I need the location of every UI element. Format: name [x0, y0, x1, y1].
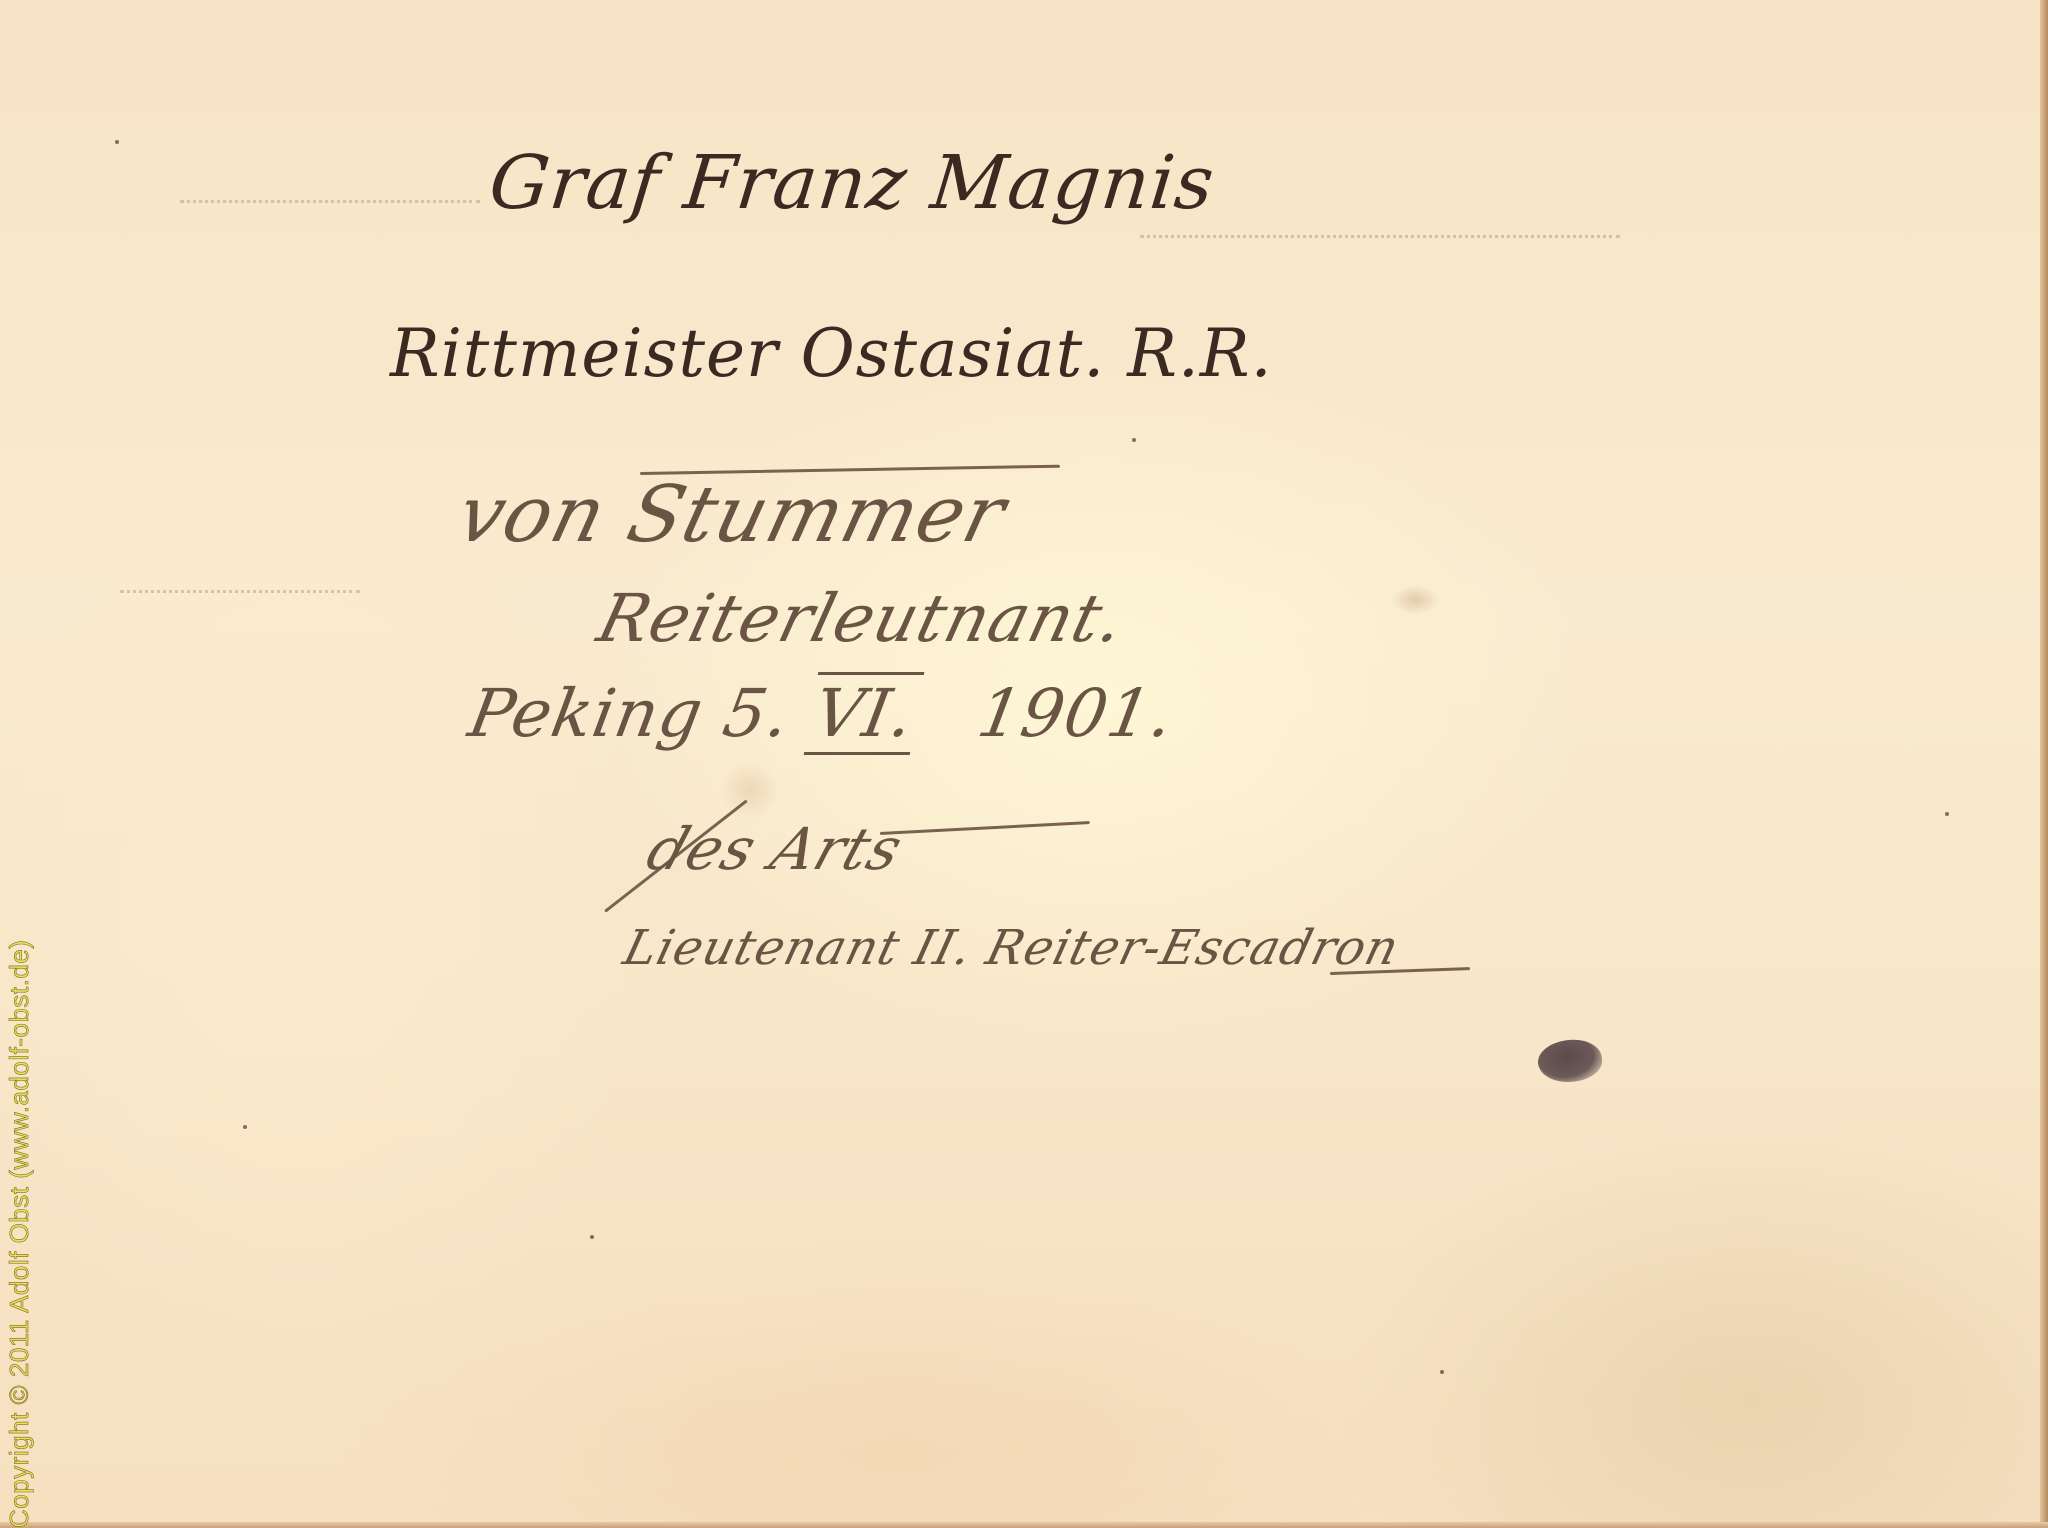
water-stain	[1390, 585, 1440, 615]
copyright-watermark: Copyright © 2011 Adolf Obst (www.adolf-o…	[4, 940, 35, 1528]
place: Peking	[463, 675, 709, 752]
paper-speck	[590, 1235, 594, 1239]
place-date: Peking 5. VI. 1901.	[463, 675, 1180, 752]
paper-speck	[243, 1125, 247, 1129]
year: 1901.	[972, 675, 1180, 752]
month: VI.	[804, 672, 924, 755]
paper-speck	[1945, 812, 1949, 816]
page-edge	[0, 1522, 2048, 1528]
ruled-line	[180, 200, 480, 203]
page-edge	[2040, 0, 2048, 1528]
signature-name: von Stummer	[449, 470, 1015, 560]
signature-flourish	[880, 821, 1090, 835]
signature-rank: Lieutenant II. Reiter-Escadron	[618, 920, 1405, 976]
signature-name: des Arts	[639, 815, 911, 883]
ruled-line	[1140, 235, 1620, 238]
day: 5.	[718, 675, 797, 752]
signature-name: Graf Franz Magnis	[485, 140, 1218, 226]
ink-blot	[1535, 1036, 1604, 1086]
album-page: Graf Franz Magnis Rittmeister Ostasiat. …	[0, 0, 2048, 1528]
ruled-line	[120, 590, 360, 593]
paper-speck	[1440, 1370, 1444, 1374]
signature-rank: Rittmeister Ostasiat. R.R.	[390, 315, 1273, 392]
paper-speck	[115, 140, 119, 144]
paper-speck	[1132, 438, 1136, 442]
signature-rank: Reiterleutnant.	[590, 580, 1132, 657]
